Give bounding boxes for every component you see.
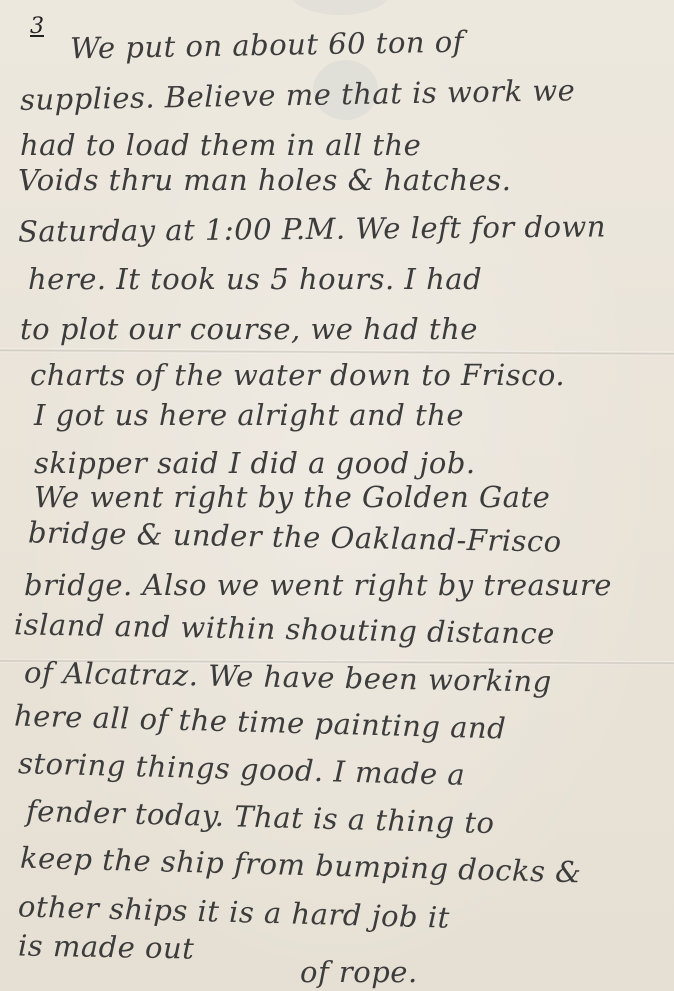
text-line: supplies. Believe me that is work we — [20, 73, 576, 117]
text-line: bridge. Also we went right by treasure — [24, 568, 612, 602]
text-line: We put on about 60 ton of — [70, 25, 465, 66]
text-line: is made out — [18, 928, 195, 965]
text-line: charts of the water down to Frisco. — [30, 358, 565, 392]
text-line: island and within shouting distance — [14, 607, 555, 650]
text-line: to plot our course, we had the — [20, 312, 478, 346]
text-line: had to load them in all the — [20, 128, 421, 162]
text-line: Voids thru man holes & hatches. — [18, 163, 511, 197]
text-line: Saturday at 1:00 P.M. We left for down — [18, 209, 606, 248]
text-line: here. It took us 5 hours. I had — [28, 262, 482, 296]
page-number: 3 — [30, 14, 44, 39]
paper-fold-crease — [0, 348, 674, 356]
text-line: here all of the time painting and — [14, 699, 507, 746]
text-line: of rope. — [300, 955, 418, 989]
text-line: I got us here alright and the — [34, 398, 464, 432]
letter-page: 3 We put on about 60 ton of supplies. Be… — [0, 0, 674, 991]
text-line: We went right by the Golden Gate — [34, 480, 550, 514]
text-line: other ships it is a hard job it — [18, 889, 451, 934]
text-line: keep the ship from bumping docks & — [20, 841, 582, 890]
text-line: bridge & under the Oakland-Frisco — [28, 515, 562, 558]
text-line: skipper said I did a good job. — [34, 446, 476, 480]
text-line: fender today. That is a thing to — [26, 794, 495, 840]
text-line: storing things good. I made a — [18, 746, 466, 792]
faint-stamp-mark — [290, 0, 390, 15]
